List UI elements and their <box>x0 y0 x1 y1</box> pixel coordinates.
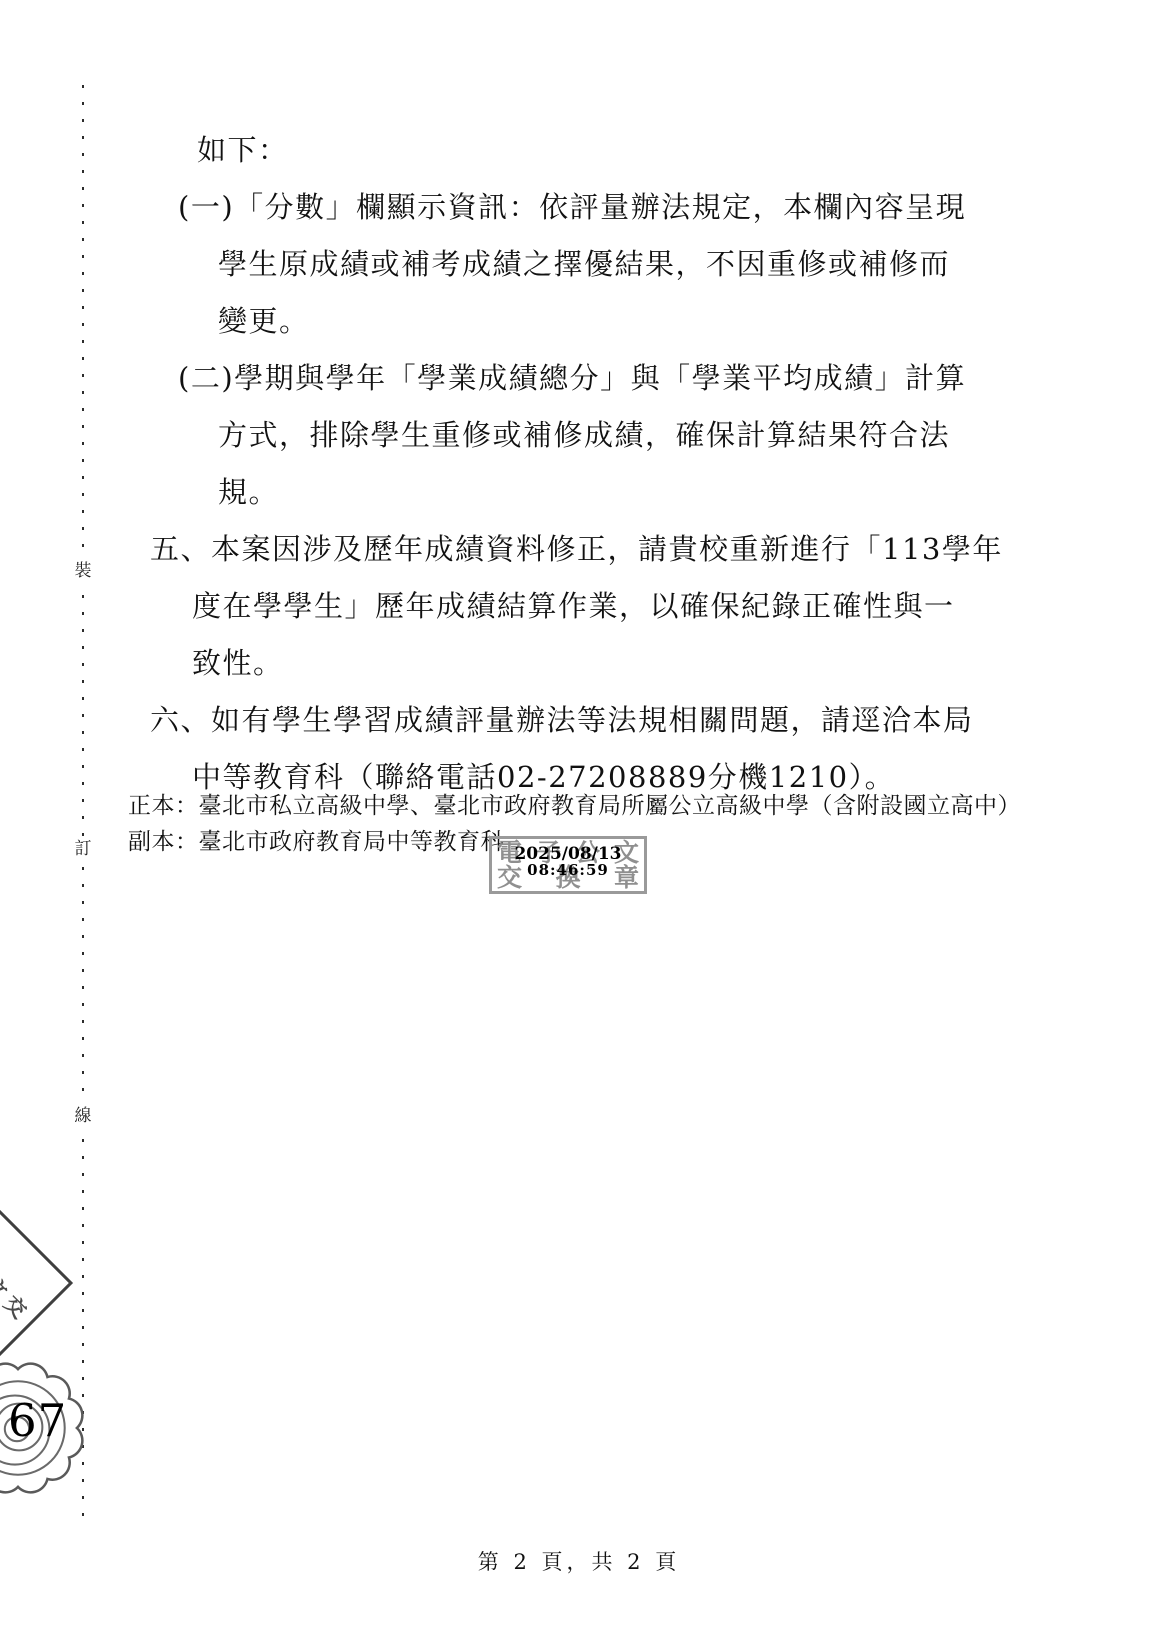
distribution-original: 正本：臺北市私立高級中學、臺北市政府教育局所屬公立高級中學（含附設國立高中） <box>128 788 1028 824</box>
binding-dotted-line <box>82 85 84 1517</box>
binding-mark-zhuang: 裝 <box>72 560 94 583</box>
body-line: (二)學期與學年「學業成績總分」與「學業平均成績」計算 <box>150 350 1030 407</box>
page-footer: 第 2 頁，共 2 頁 <box>0 1546 1158 1576</box>
body-line: 規。 <box>150 464 1030 521</box>
corner-seal: 電子公文交換章 <box>0 1177 73 1389</box>
page-number-stamp: 67 <box>8 1398 67 1443</box>
body-line: 學生原成績或補考成績之擇優結果，不因重修或補修而 <box>150 236 1030 293</box>
body-line: 度在學學生」歷年成績結算作業，以確保紀錄正確性與一 <box>150 578 1030 635</box>
body-line: 五、本案因涉及歷年成績資料修正，請貴校重新進行「113學年 <box>150 521 1030 578</box>
exchange-stamp-time: 08:46:59 <box>492 863 644 878</box>
body-line: 六、如有學生學習成績評量辦法等法規相關問題，請逕洽本局 <box>150 692 1030 749</box>
binding-mark-ding: 訂 <box>72 838 94 861</box>
body-line: 變更。 <box>150 293 1030 350</box>
electronic-exchange-stamp: 電子公文 交換章 2025/08/13 08:46:59 <box>489 836 647 894</box>
body-line: 致性。 <box>150 635 1030 692</box>
body-line: 如下： <box>150 122 1030 179</box>
document-page: 裝 訂 線 如下： (一)「分數」欄顯示資訊：依評量辦法規定，本欄內容呈現 學生… <box>0 0 1158 1649</box>
document-body: 如下： (一)「分數」欄顯示資訊：依評量辦法規定，本欄內容呈現 學生原成績或補考… <box>150 122 1030 806</box>
body-line: (一)「分數」欄顯示資訊：依評量辦法規定，本欄內容呈現 <box>150 179 1030 236</box>
body-line: 方式，排除學生重修或補修成績，確保計算結果符合法 <box>150 407 1030 464</box>
exchange-stamp-datetime: 2025/08/13 08:46:59 <box>492 846 644 878</box>
binding-mark-xian: 線 <box>72 1105 94 1128</box>
